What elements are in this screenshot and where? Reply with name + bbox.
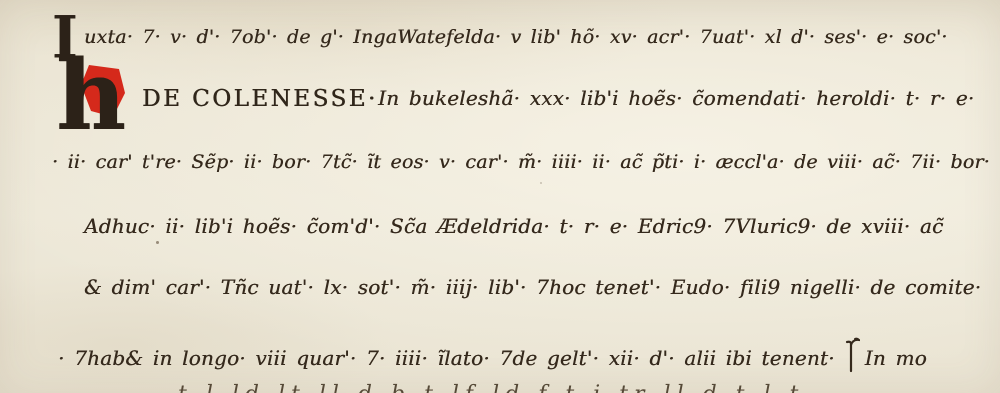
initial-letter-H: h	[56, 48, 126, 144]
ink-speck	[540, 182, 542, 184]
manuscript-page: I uxta· 7· v· d'· 7ob'· de g'· IngaWatef…	[0, 0, 1000, 393]
text-line-5: & dim' car'· Tñc uat'· lx· sot'· m̃· iii…	[84, 275, 981, 300]
ink-speck	[156, 241, 159, 244]
hundred-heading: DE COLENESSE·	[142, 86, 378, 114]
text-line-2: In bukeleshã· xxx· lib'i hoẽs· c̃omendat…	[378, 86, 974, 111]
capitulum-paragraph-mark-icon	[844, 337, 860, 373]
text-line-3: · ii· car' t're· Sẽp· ii· bor· 7tc̃· ĩt …	[52, 151, 990, 175]
line6-text-after-mark: In mo	[865, 346, 927, 370]
text-line-1: uxta· 7· v· d'· 7ob'· de g'· IngaWatefel…	[84, 26, 948, 50]
text-line-6: · 7hab& in longo· viii quar'· 7· iiii· ĩ…	[58, 337, 927, 373]
line6-text: · 7hab& in longo· viii quar'· 7· iiii· ĩ…	[58, 346, 835, 370]
next-line-cutoff: t l ld lt ll d b t lf ld f t i tr ll d t…	[178, 382, 968, 393]
text-line-4: Adhuc· ii· lib'i hoẽs· c̃om'd'· Sc̃a Æde…	[84, 214, 943, 239]
